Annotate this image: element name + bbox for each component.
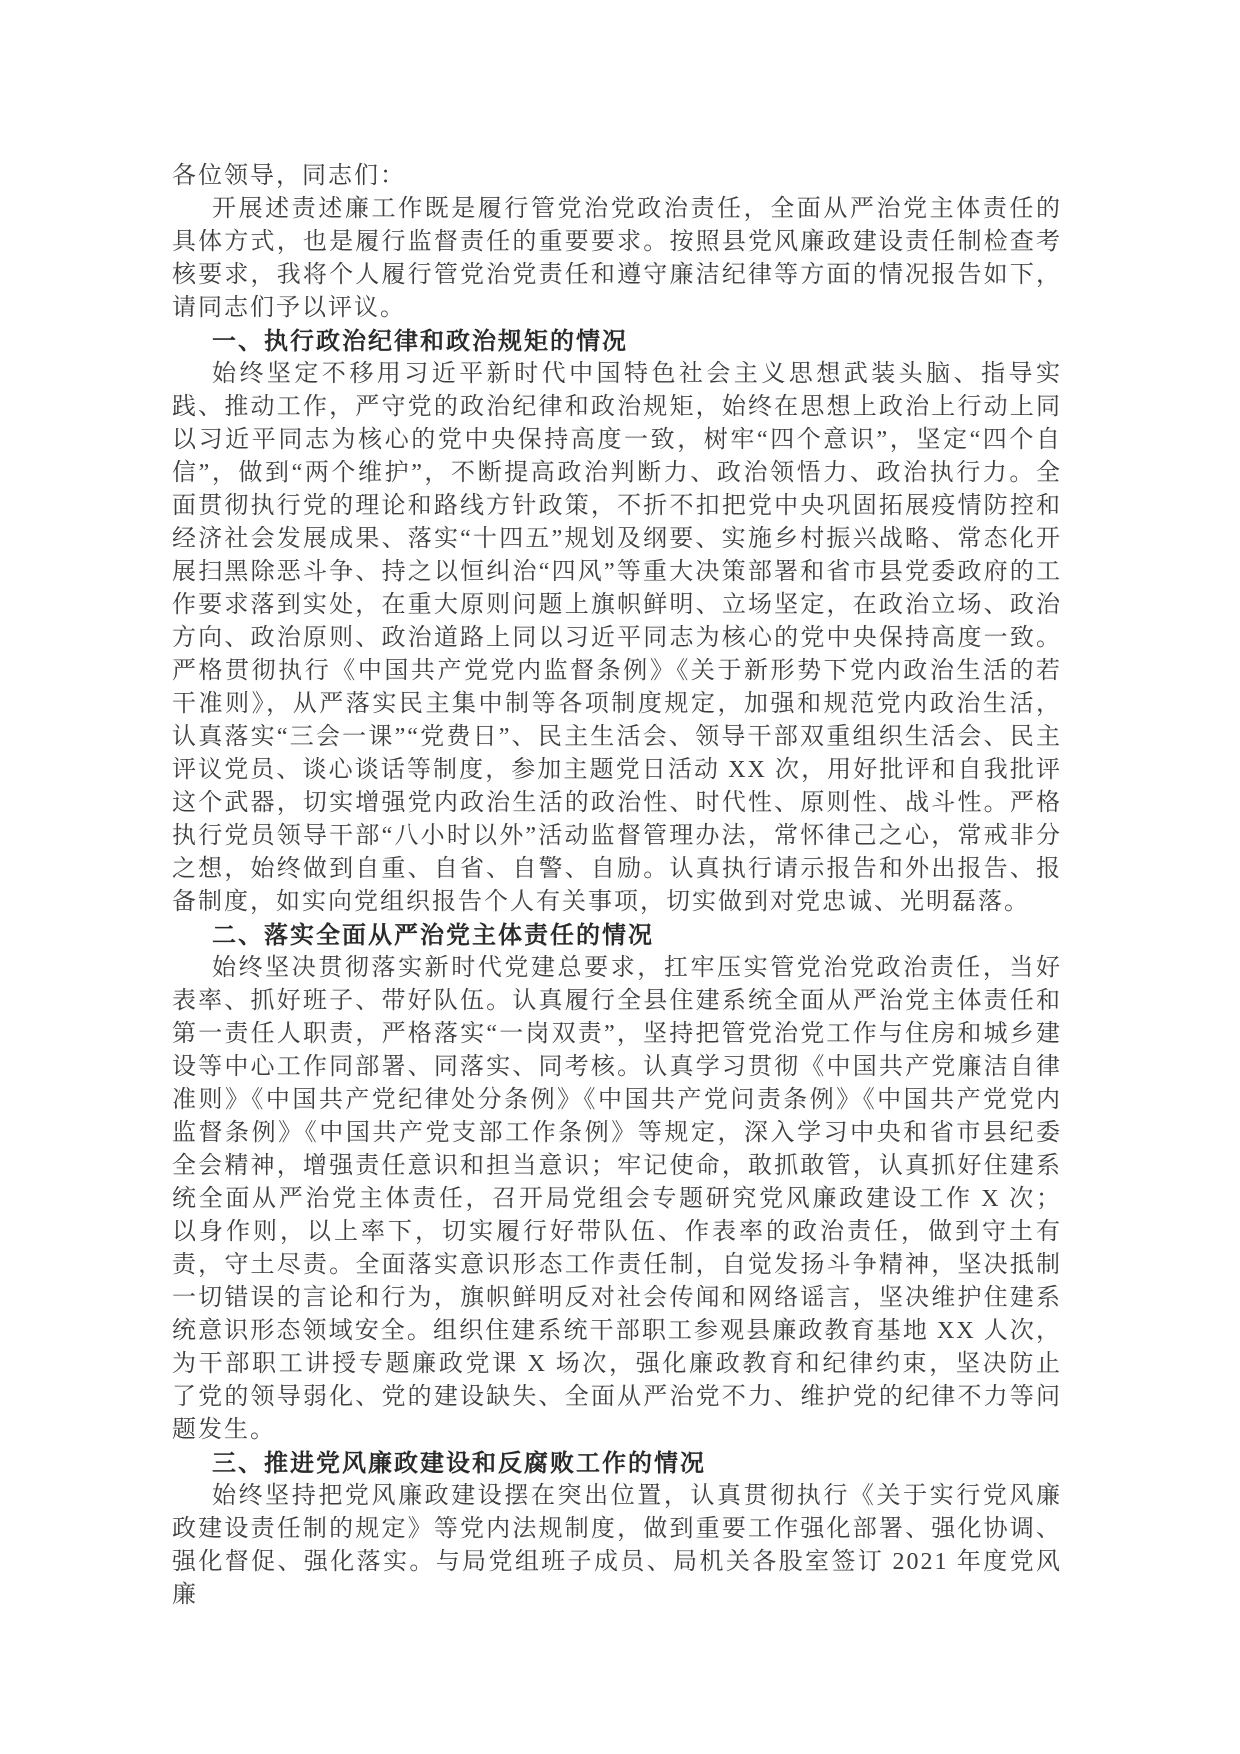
document-page: 各位领导，同志们： 开展述责述廉工作既是履行管党治党政治责任，全面从严治党主体责…: [0, 0, 1240, 1754]
section-1-body: 始终坚定不移用习近平新时代中国特色社会主义思想武装头脑、指导实践、推动工作，严守…: [172, 358, 1062, 919]
section-3-body: 始终坚持把党风廉政建设摆在突出位置，认真贯彻执行《关于实行党风廉政建设责任制的规…: [172, 1480, 1062, 1612]
section-2-heading: 二、落实全面从严治党主体责任的情况: [172, 919, 1062, 952]
section-2-body: 始终坚决贯彻落实新时代党建总要求，扛牢压实管党治党政治责任，当好表率、抓好班子、…: [172, 952, 1062, 1447]
intro-paragraph: 开展述责述廉工作既是履行管党治党政治责任，全面从严治党主体责任的具体方式，也是履…: [172, 193, 1062, 325]
section-3-heading: 三、推进党风廉政建设和反腐败工作的情况: [172, 1447, 1062, 1480]
section-1-heading: 一、执行政治纪律和政治规矩的情况: [172, 325, 1062, 358]
document-content: 各位领导，同志们： 开展述责述廉工作既是履行管党治党政治责任，全面从严治党主体责…: [172, 160, 1062, 1612]
greeting-line: 各位领导，同志们：: [172, 160, 1062, 193]
